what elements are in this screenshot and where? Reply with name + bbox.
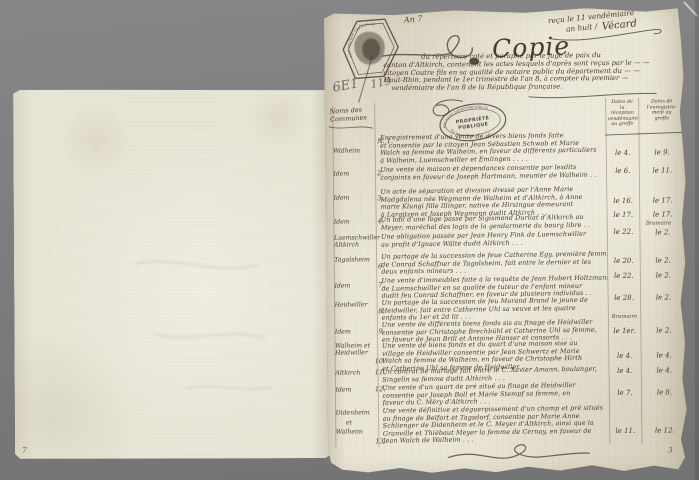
commune-name: Didenheim	[336, 408, 382, 418]
stamp-border-text: RÉPUBLIQUE FRANÇAISE	[346, 22, 375, 58]
entry-text: Un bail d'une loge passé par Sigismond D…	[381, 214, 607, 232]
table-row: Idem 12. Une vente d'un quart de pré sit…	[327, 381, 688, 407]
date-enregistrement: le 12.	[645, 426, 685, 434]
date-reception: le 20.	[609, 257, 638, 265]
date-reception: le 7.	[610, 389, 639, 397]
entry-text: Une vente de maison et dépendances conse…	[380, 164, 606, 182]
month-annotation: Brumaire	[612, 314, 637, 320]
commune-name: Idem	[334, 218, 380, 226]
scanned-archive-photo: 7	[0, 0, 699, 480]
registration-date-header: Dates de l'enregistre- ment au greffe	[641, 99, 683, 122]
entry-text: Une obligation passée par Jean Henry Fin…	[381, 231, 607, 249]
folio-number: 3	[668, 445, 673, 454]
date-enregistrement: le 11.	[642, 166, 682, 174]
commune-name: Idem	[334, 282, 380, 290]
date-reception: le 6.	[608, 167, 637, 175]
left-blank-page: 7	[13, 88, 332, 460]
date-reception: le 4.	[608, 149, 637, 157]
commune-name: et	[336, 418, 382, 428]
date-reception: le 4.	[610, 352, 639, 360]
date-reception: le 28.	[610, 294, 639, 302]
date-enregistrement: le 2.	[644, 293, 684, 301]
register-page: RÉPUBLIQUE FRANÇAISE An 7 reçu le 11 ven…	[324, 7, 689, 474]
date-enregistrement: le 8.	[644, 388, 684, 396]
date-reception: le 4.	[610, 367, 639, 375]
commune-column-header: Noms des Communes	[329, 105, 367, 123]
entry-text: Une vente définitive et déguerpissement …	[383, 405, 610, 446]
svg-text:RÉPUBLIQUE FRANÇAISE: RÉPUBLIQUE FRANÇAISE	[346, 22, 375, 58]
month-annotation: Brumaire	[646, 220, 671, 226]
date-enregistrement: le 9.	[642, 148, 682, 156]
date-enregistrement: le 4.	[644, 351, 684, 359]
row-one-swash-icon	[433, 100, 463, 116]
commune-header-underline	[329, 126, 373, 128]
commune-name: Idem	[334, 194, 380, 202]
commune-name: Heidwiller	[335, 349, 381, 357]
page-corner-number: 7	[22, 446, 27, 455]
stamp-arc-top-text: ARCHIVES DÉPARTEMENTALES	[440, 103, 491, 128]
date-enregistrement: le 2.	[643, 256, 683, 264]
commune-name: Walheim	[333, 147, 379, 155]
commune-name: Walheim	[336, 427, 382, 437]
an-note: An 7	[403, 14, 422, 25]
preamble-swash-icon	[529, 93, 657, 98]
date-reception: le 1er.	[610, 327, 639, 335]
commune-name: Altkirch	[334, 241, 380, 249]
scan-edge-shade	[695, 0, 699, 480]
date-enregistrement: le 17.	[643, 210, 683, 218]
commune-name: Idem	[335, 328, 381, 336]
entry-text: Une vente d'un quart de pré situé au fin…	[382, 382, 608, 408]
date-enregistrement: le 4.	[644, 366, 684, 374]
entry-text: Un contrat de mariage fait entre le C. X…	[382, 366, 608, 384]
received-note-line2: an huit /	[566, 22, 598, 34]
table-row: Walheim N. 1. Enregistrement d'une vente…	[325, 131, 686, 166]
svg-text:ARCHIVES DÉPARTEMENTALES: ARCHIVES DÉPARTEMENTALES	[440, 103, 491, 128]
table-row: Idem 2. Une vente de maison et dépendanc…	[325, 163, 686, 183]
reception-date-header: Dates de la réception vendémiaire au gre…	[608, 100, 637, 128]
commune-name: Heidwiller	[335, 301, 381, 309]
date-reception: le 11.	[611, 427, 640, 435]
stamp-center-line2: PUBLIQUE	[458, 121, 489, 131]
stamp-center-line1: PROPRIÉTÉ	[455, 113, 489, 125]
date-reception: le 16.	[609, 197, 638, 205]
table-row: Luemschwiller Altkirch Une obligation pa…	[326, 230, 687, 250]
table-row: Didenheim et Walheim 13. Une vente défin…	[328, 404, 689, 447]
commune-name: Idem	[333, 170, 379, 178]
preamble: du répertoire coté et paraphé par le jug…	[383, 52, 650, 94]
pencil-cote-series: 6E1	[331, 76, 359, 96]
date-reception: le 17.	[609, 211, 638, 219]
paper-thread	[684, 2, 697, 16]
entry-text: Un partage de la succession de feue Cath…	[381, 251, 607, 277]
preamble-line: vendémiaire de l'an 8 de la République f…	[384, 83, 650, 93]
date-enregistrement: le 2.	[644, 326, 684, 334]
commune-name: Tagolsheim	[334, 256, 380, 264]
entry-text: Enregistrement d'une vente de divers bie…	[380, 132, 606, 165]
signature: Vécard	[601, 18, 637, 32]
date-enregistrement: le 2.	[643, 228, 683, 236]
date-enregistrement: le 17.	[643, 196, 683, 204]
date-reception: le 22.	[609, 272, 638, 280]
date-reception: le 22.	[609, 228, 638, 236]
date-enregistrement: le 2.	[643, 271, 683, 279]
bleedthrough-marks	[13, 88, 332, 460]
